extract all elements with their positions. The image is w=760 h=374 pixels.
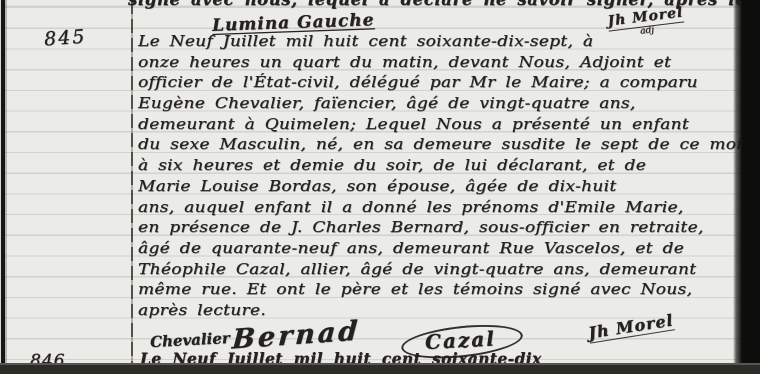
record-line-12: Théophile Cazal, allier, âgé de vingt-qu… (138, 260, 748, 281)
record-line-6: du sexe Masculin, né, en sa demeure susd… (138, 135, 748, 156)
record-line-8: Marie Louise Bordas, son épouse, âgée de… (138, 177, 748, 198)
record-line-3: officier de l'État-civil, délégué par Mr… (138, 73, 748, 94)
record-body-text: Le Neuf Juillet mil huit cent soixante-d… (138, 32, 748, 322)
record-line-10: en présence de J. Charles Bernard, sous-… (138, 218, 748, 239)
margin-rule-line (131, 0, 133, 374)
record-line-2: onze heures un quart du matin, devant No… (138, 53, 748, 74)
record-line-9: ans, auquel enfant il a donné les prénom… (138, 198, 748, 219)
record-line-4: Eugène Chevalier, faïencier, âgé de ving… (138, 94, 748, 115)
record-number-margin: 845 (43, 26, 87, 51)
record-line-11: âgé de quarante-neuf ans, demeurant Rue … (138, 239, 748, 260)
record-line-5: demeurant à Quimelen; Lequel Nous a prés… (138, 115, 748, 136)
scan-edge-bottom (0, 363, 760, 374)
record-line-7: à six heures et demie du soir, de lui dé… (138, 156, 748, 177)
record-line-1: Le Neuf Juillet mil huit cent soixante-d… (138, 32, 748, 53)
scan-edge-left (0, 0, 7, 374)
scan-edge-right (733, 0, 760, 374)
record-line-13: même rue. Et ont le père et les témoins … (138, 280, 748, 301)
civil-register-page-scan: signé avec nous, lequel a déclaré ne sav… (0, 0, 760, 374)
